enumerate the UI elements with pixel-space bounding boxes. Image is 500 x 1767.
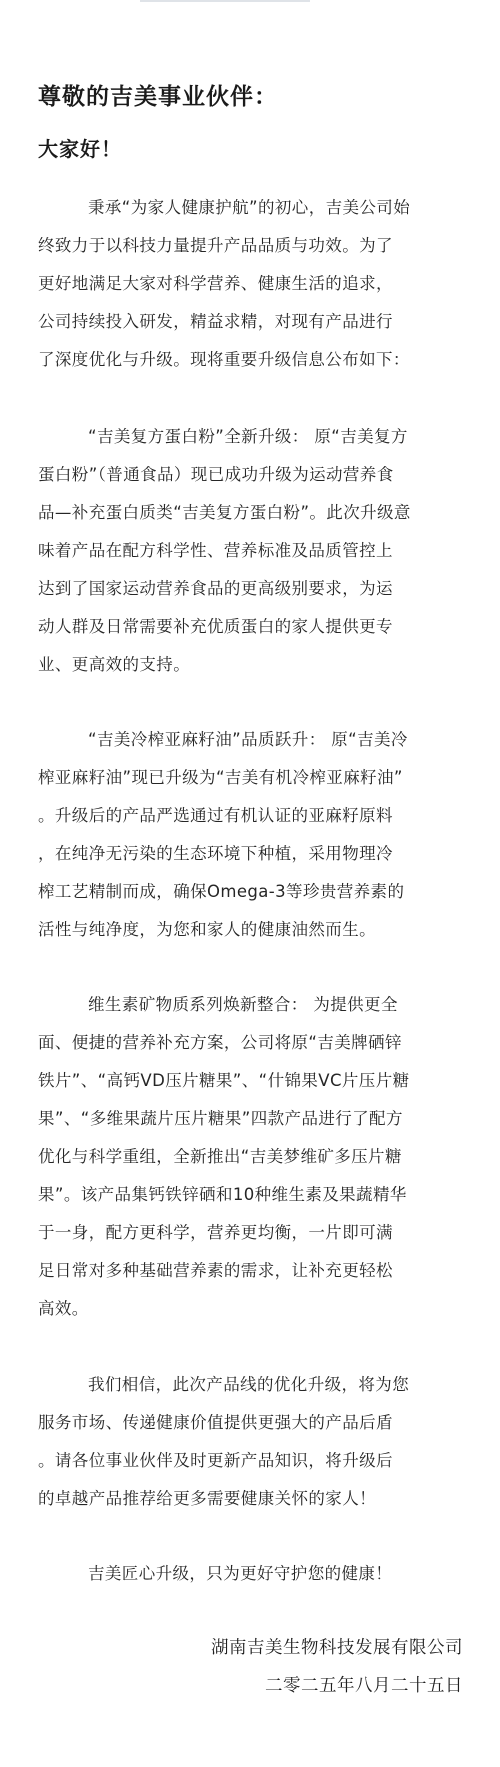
paragraph-line: 。升级后的产品严选通过有机认证的亚麻籽原料 (38, 797, 463, 835)
paragraph-line: 公司持续投入研发，精益求精，对现有产品进行 (38, 303, 463, 341)
paragraph-line: 果”、“多维果蔬片压片糖果”四款产品进行了配方 (38, 1100, 463, 1138)
paragraph-line: 业、更高效的支持。 (38, 646, 463, 684)
protein-powder-paragraph: “吉美复方蛋白粉”全新升级： 原“吉美复方 蛋白粉”（普通食品）现已成功升级为运… (38, 418, 463, 684)
paragraph-line: 榨亚麻籽油”现已升级为“吉美有机冷榨亚麻籽油” (38, 759, 463, 797)
paragraph-line: 铁片”、“高钙VD压片糖果”、“什锦果VC片压片糖 (38, 1062, 463, 1100)
top-edge-divider (140, 0, 310, 2)
intro-paragraph: 秉承“为家人健康护航”的初心，吉美公司始 终致力于以科技力量提升产品品质与功效。… (38, 189, 463, 379)
linseed-oil-paragraph: “吉美冷榨亚麻籽油”品质跃升： 原“吉美冷 榨亚麻籽油”现已升级为“吉美有机冷榨… (38, 721, 463, 949)
paragraph-line: 味着产品在配方科学性、营养标准及品质管控上 (38, 532, 463, 570)
paragraph-line: 活性与纯净度，为您和家人的健康油然而生。 (38, 911, 463, 949)
slogan-line: 吉美匠心升级，只为更好守护您的健康！ (38, 1555, 463, 1593)
paragraph-line: “吉美复方蛋白粉”全新升级： 原“吉美复方 (38, 418, 463, 456)
vitamin-mineral-paragraph: 维生素矿物质系列焕新整合： 为提供更全 面、便捷的营养补充方案，公司将原“吉美牌… (38, 986, 463, 1328)
closing-paragraph: 我们相信，此次产品线的优化升级，将为您 服务市场、传递健康价值提供更强大的产品后… (38, 1366, 463, 1518)
greeting: 大家好！ (38, 133, 122, 162)
paragraph-line: 于一身，配方更科学，营养更均衡，一片即可满 (38, 1214, 463, 1252)
paragraph-line: 足日常对多种基础营养素的需求，让补充更轻松 (38, 1252, 463, 1290)
paragraph-line: 果”。该产品集钙铁锌硒和10种维生素及果蔬精华 (38, 1176, 463, 1214)
paragraph-line: 了深度优化与升级。现将重要升级信息公布如下： (38, 341, 463, 379)
paragraph-line: 榨工艺精制而成，确保Omega-3等珍贵营养素的 (38, 873, 463, 911)
paragraph-line: 优化与科学重组，全新推出“吉美梦维矿多压片糖 (38, 1138, 463, 1176)
paragraph-line: 维生素矿物质系列焕新整合： 为提供更全 (38, 986, 463, 1024)
paragraph-line: 高效。 (38, 1290, 463, 1328)
paragraph-line: 。请各位事业伙伴及时更新产品知识，将升级后 (38, 1442, 463, 1480)
paragraph-line: 终致力于以科技力量提升产品品质与功效。为了 (38, 227, 463, 265)
paragraph-line: 更好地满足大家对科学营养、健康生活的追求， (38, 265, 463, 303)
paragraph-line: 我们相信，此次产品线的优化升级，将为您 (38, 1366, 463, 1404)
paragraph-line: 的卓越产品推荐给更多需要健康关怀的家人！ (38, 1480, 463, 1518)
signature-date: 二零二五年八月二十五日 (265, 1672, 463, 1697)
slogan-paragraph: 吉美匠心升级，只为更好守护您的健康！ (38, 1555, 463, 1593)
salutation-heading: 尊敬的吉美事业伙伴： (38, 78, 278, 111)
paragraph-line: 蛋白粉”（普通食品）现已成功升级为运动营养食 (38, 456, 463, 494)
paragraph-line: 达到了国家运动营养食品的更高级别要求，为运 (38, 570, 463, 608)
signature-company: 湖南吉美生物科技发展有限公司 (211, 1634, 463, 1659)
paragraph-line: ，在纯净无污染的生态环境下种植，采用物理冷 (38, 835, 463, 873)
paragraph-line: “吉美冷榨亚麻籽油”品质跃升： 原“吉美冷 (38, 721, 463, 759)
paragraph-line: 动人群及日常需要补充优质蛋白的家人提供更专 (38, 608, 463, 646)
paragraph-line: 秉承“为家人健康护航”的初心，吉美公司始 (38, 189, 463, 227)
paragraph-line: 品—补充蛋白质类“吉美复方蛋白粉”。此次升级意 (38, 494, 463, 532)
paragraph-line: 服务市场、传递健康价值提供更强大的产品后盾 (38, 1404, 463, 1442)
paragraph-line: 面、便捷的营养补充方案，公司将原“吉美牌硒锌 (38, 1024, 463, 1062)
